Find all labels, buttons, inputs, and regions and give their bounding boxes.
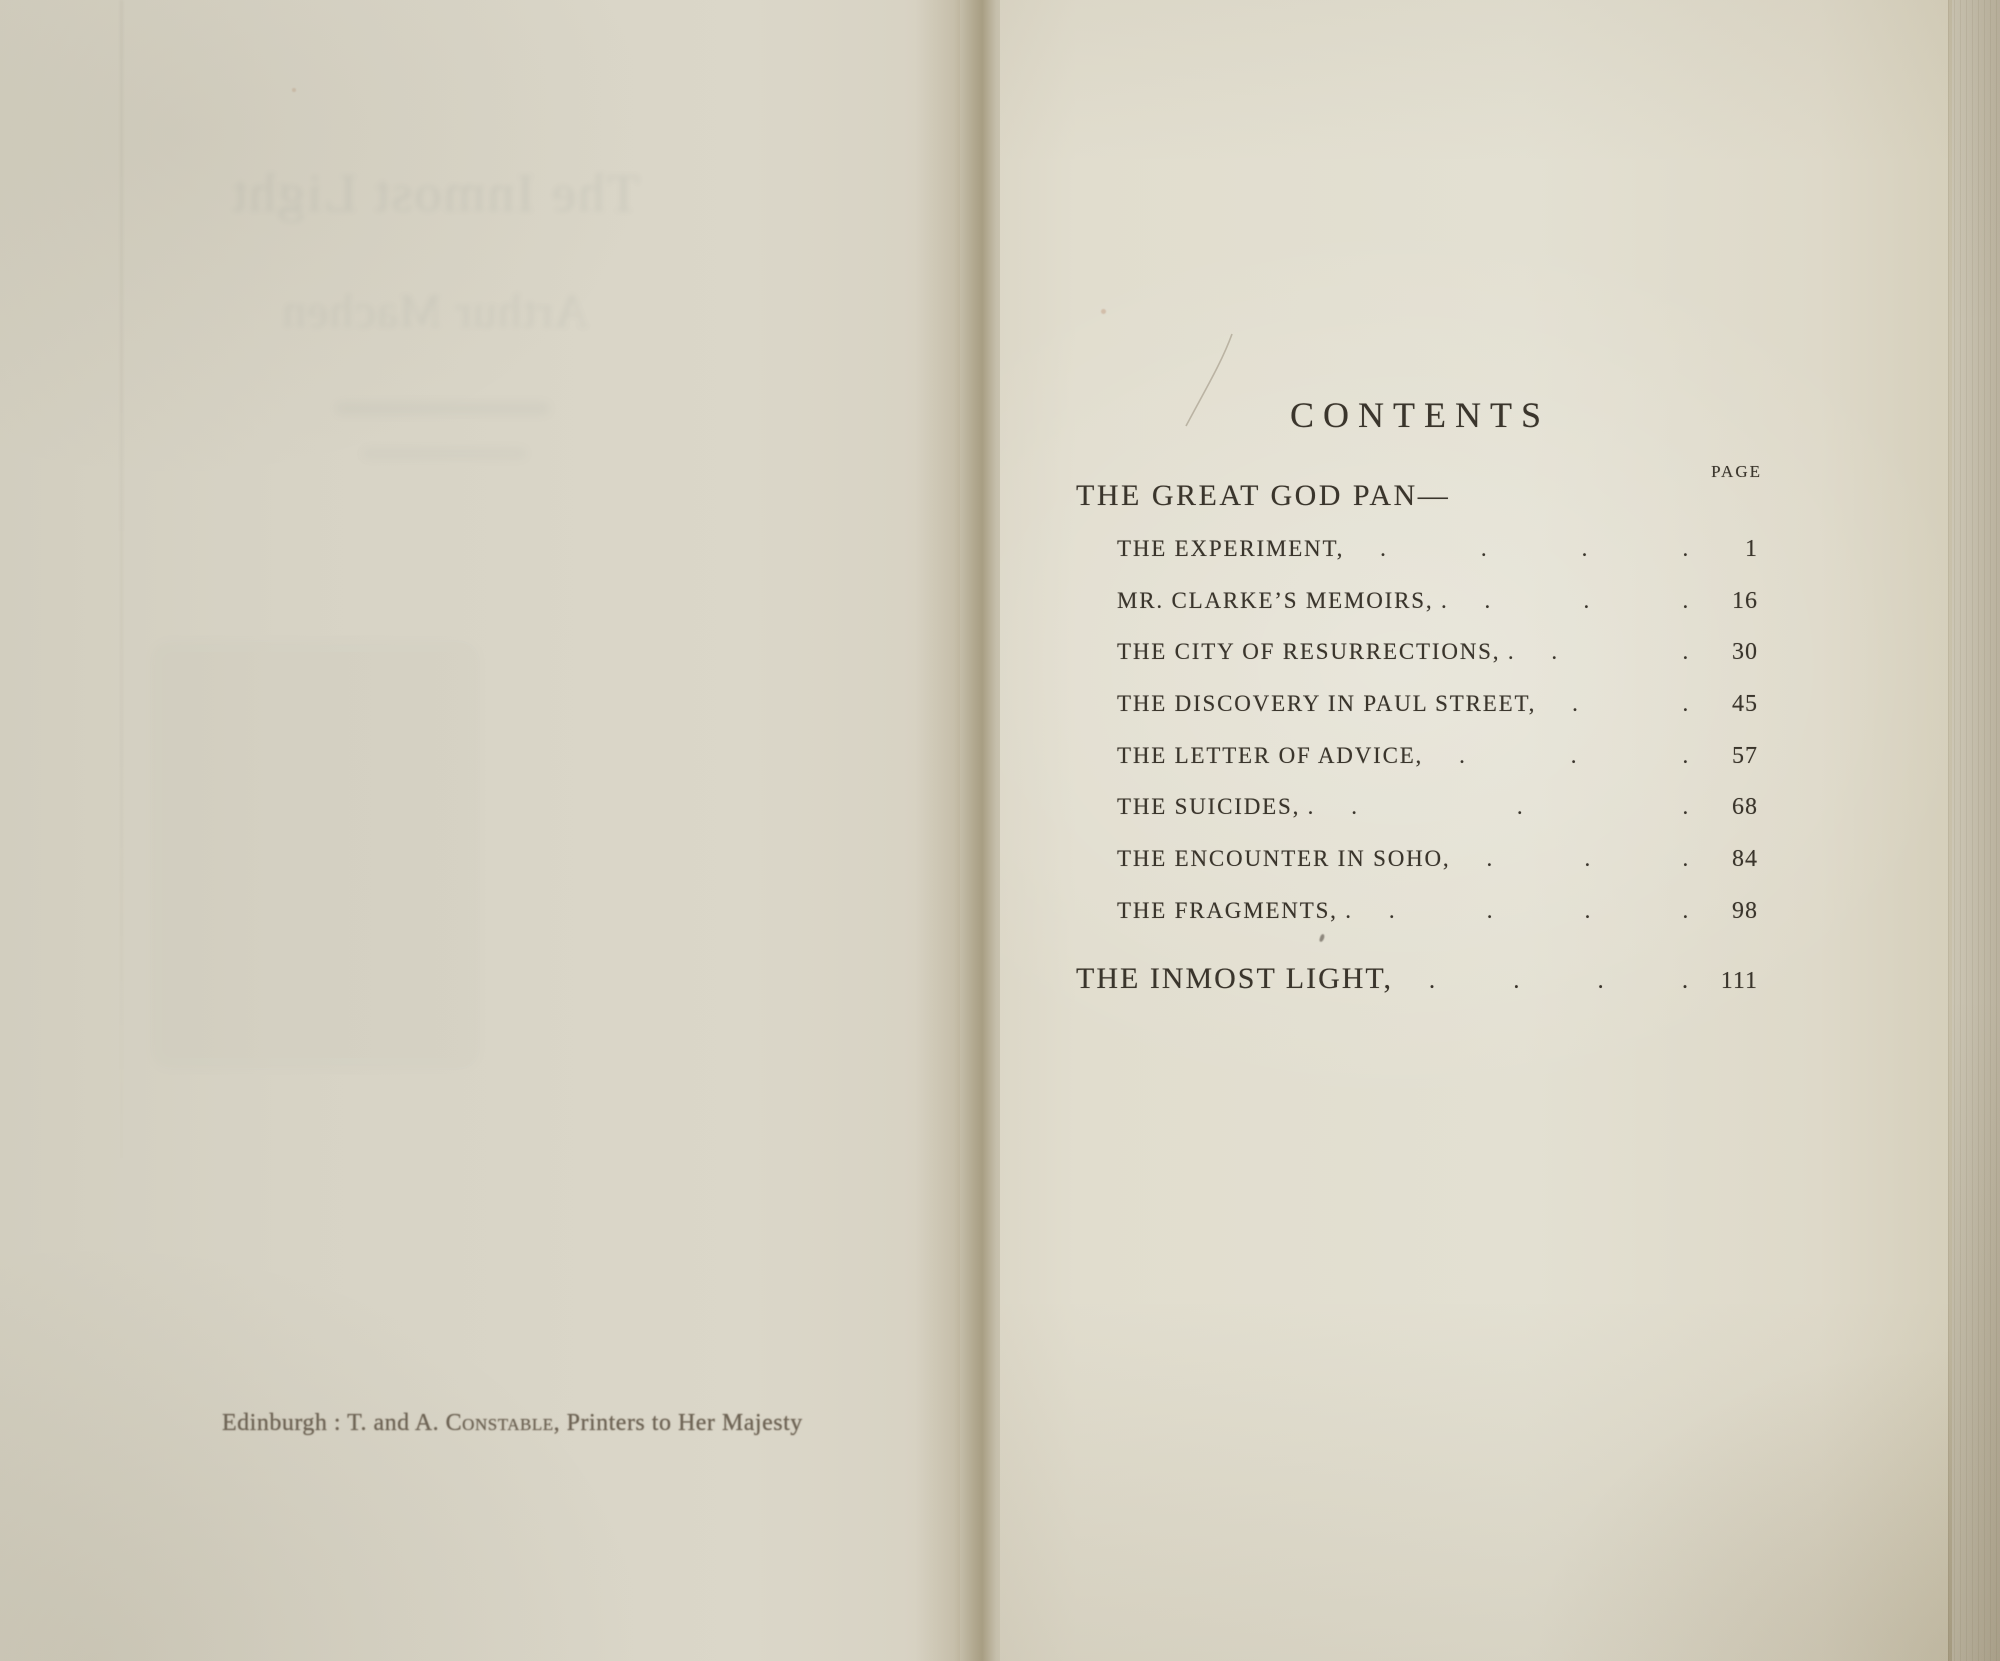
table-of-contents: THE EXPERIMENT, . . . . 1 MR. CLARKE’S M… — [1117, 534, 1758, 948]
entry-page-number: 45 — [1706, 689, 1758, 719]
entry-title: MR. CLARKE’S MEMOIRS, . — [1117, 586, 1449, 616]
toc-entry: THE LETTER OF ADVICE, . . . 57 — [1117, 741, 1758, 793]
entry-title: THE CITY OF RESURRECTIONS, . — [1117, 637, 1515, 667]
leader-dots: . . — [1515, 637, 1706, 667]
entry-title: THE INMOST LIGHT, — [1076, 962, 1393, 996]
showthrough-author-text: Arthur Machen — [245, 284, 625, 339]
entry-page-number: 98 — [1706, 896, 1758, 926]
leader-dots: . . . — [1315, 792, 1706, 822]
leader-dots: . . — [1536, 689, 1706, 719]
imprint-text: , Printers to Her Majesty — [554, 1410, 803, 1436]
entry-page-number: 16 — [1706, 586, 1758, 616]
imprint-printer-name: Constable — [446, 1410, 554, 1436]
paper-speckle — [292, 88, 296, 92]
showthrough-smudge — [335, 402, 550, 415]
entry-page-number: 84 — [1706, 844, 1758, 874]
toc-entry: THE FRAGMENTS, . . . . . 98 — [1117, 896, 1758, 948]
paper-crease-line — [120, 0, 123, 1180]
entry-title: THE SUICIDES, . — [1117, 792, 1315, 822]
hair-scratch — [1178, 328, 1242, 432]
left-page: The Inmost Light Arthur Machen Edinburgh… — [0, 0, 960, 1661]
leader-dots: . . . — [1449, 586, 1707, 616]
showthrough-title-text: The Inmost Light — [200, 162, 670, 224]
entry-title: THE LETTER OF ADVICE, — [1117, 741, 1423, 771]
entry-title: THE ENCOUNTER IN SOHO, — [1117, 844, 1450, 874]
entry-title: THE EXPERIMENT, — [1117, 534, 1344, 564]
toc-entry: THE ENCOUNTER IN SOHO, . . . 84 — [1117, 844, 1758, 896]
entry-page-number: 30 — [1706, 637, 1758, 667]
entry-title: THE DISCOVERY IN PAUL STREET, — [1117, 689, 1536, 719]
paper-speckle — [1101, 309, 1106, 314]
showthrough-smudge — [362, 448, 527, 459]
toc-entry: THE EXPERIMENT, . . . . 1 — [1117, 534, 1758, 586]
entry-title: THE FRAGMENTS, . — [1117, 896, 1353, 926]
section-title-great-god-pan: THE GREAT GOD PAN— — [1076, 479, 1450, 513]
leader-dots: . . . . — [1393, 964, 1706, 998]
entry-page-number: 68 — [1706, 792, 1758, 822]
imprint-text: Edinburgh : T. and A. — [222, 1410, 446, 1436]
toc-entry: THE CITY OF RESURRECTIONS, . . . 30 — [1117, 637, 1758, 689]
leader-dots: . . . — [1423, 741, 1706, 771]
leader-dots: . . . . — [1344, 534, 1706, 564]
printer-imprint: Edinburgh : T. and A. Constable, Printer… — [222, 1410, 922, 1437]
entry-page-number: 111 — [1706, 964, 1758, 998]
showthrough-smudge — [150, 640, 480, 1070]
toc-entry: THE DISCOVERY IN PAUL STREET, . . 45 — [1117, 689, 1758, 741]
book-photo: The Inmost Light Arthur Machen Edinburgh… — [0, 0, 2000, 1661]
leader-dots: . . . — [1450, 844, 1706, 874]
toc-entry: MR. CLARKE’S MEMOIRS, . . . . 16 — [1117, 586, 1758, 638]
entry-page-number: 57 — [1706, 741, 1758, 771]
page-edge-stack — [1948, 0, 2000, 1661]
section-title-inmost-light-row: THE INMOST LIGHT, . . . . 111 — [1076, 962, 1758, 998]
page-column-label: PAGE — [1620, 462, 1762, 482]
entry-page-number: 1 — [1706, 534, 1758, 564]
leader-dots: . . . . — [1353, 896, 1706, 926]
toc-entry: THE SUICIDES, . . . . 68 — [1117, 792, 1758, 844]
